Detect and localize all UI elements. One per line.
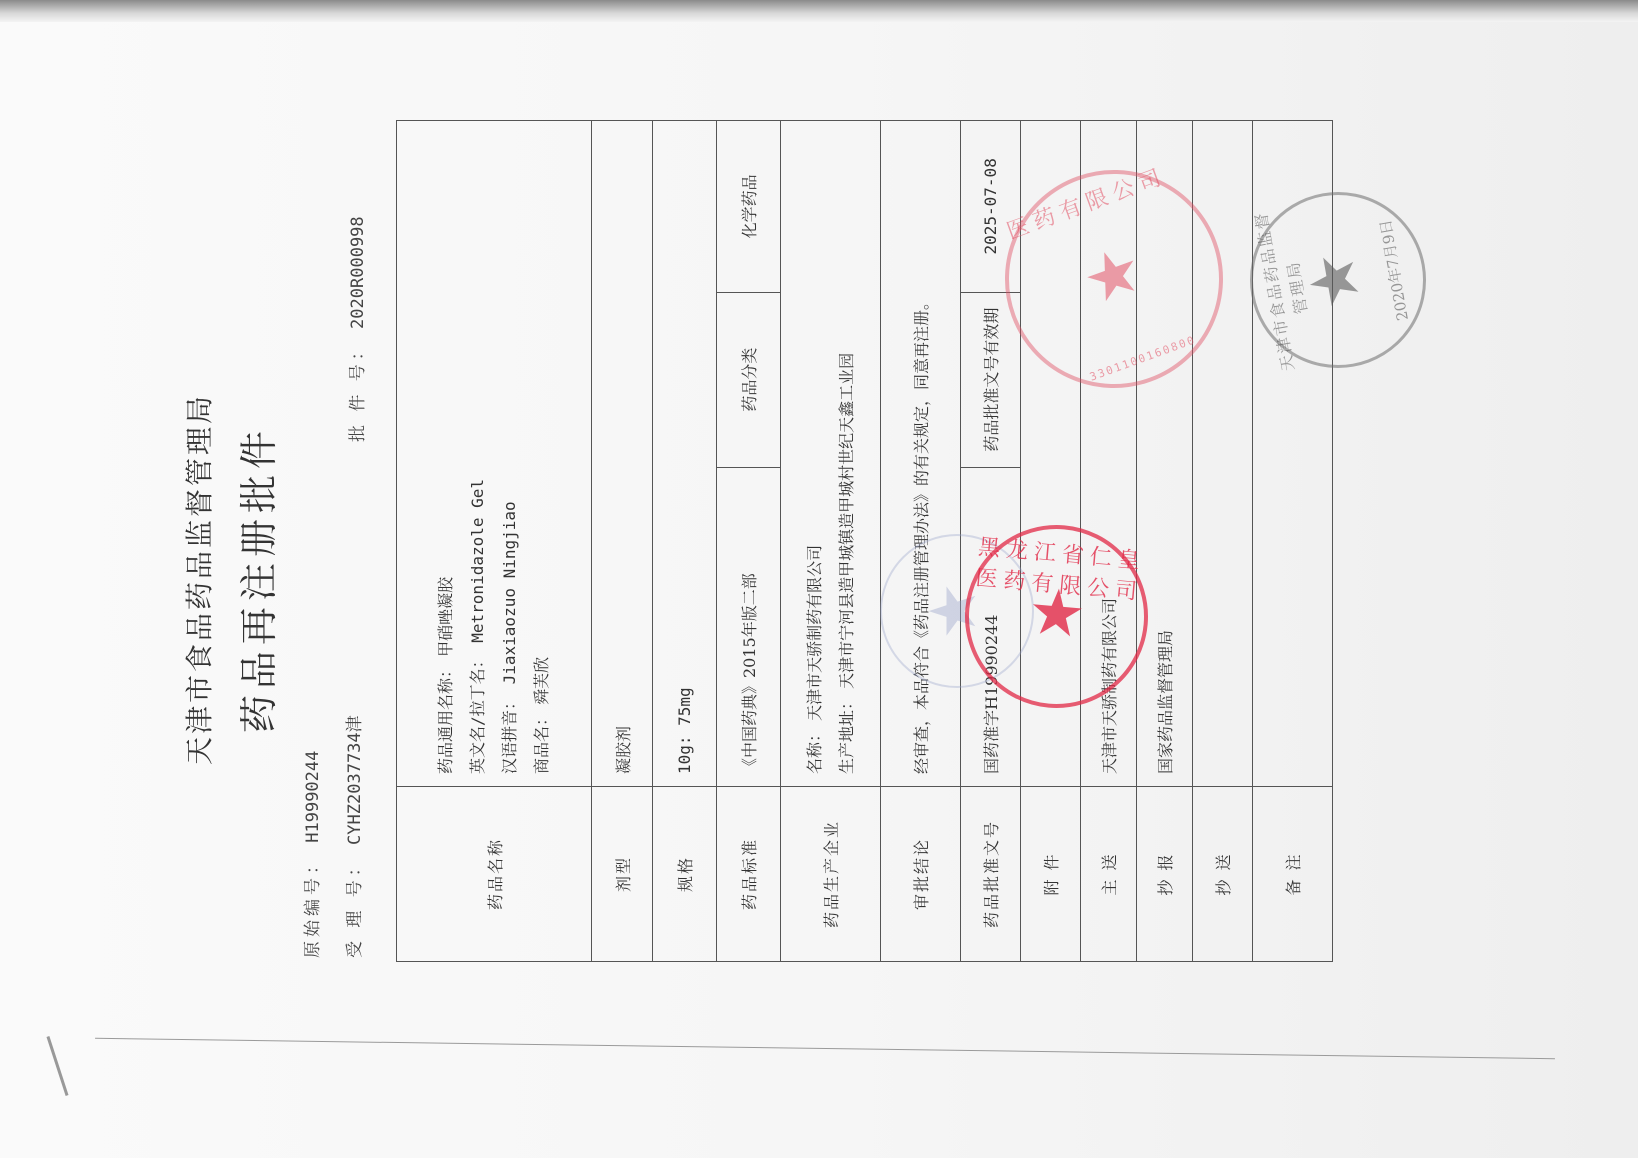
approval-table: 药品名称 药品通用名称： 甲硝唑凝胶 英文名/拉丁名： Metronidazol…: [396, 120, 1333, 962]
approval-doc-number: 批 件 号： 2020R000998: [343, 216, 368, 442]
report-to-value: 国家药品监督管理局: [1137, 121, 1193, 787]
document-title: 药品再注册批件: [228, 0, 283, 1158]
approval-number-value: 国药准字H19990244: [961, 467, 1021, 786]
remarks-label: 备 注: [1253, 787, 1333, 962]
approval-doc-number-label: 批 件 号：: [348, 339, 368, 442]
specification-label: 规格: [653, 787, 717, 962]
manufacturer-values: 名称： 天津市天骄制药有限公司 生产地址： 天津市宁河县造甲城镇造甲城村世纪天鑫…: [781, 121, 881, 787]
conclusion-label: 审批结论: [881, 787, 961, 962]
drug-category-value: 化学药品: [717, 121, 781, 293]
approval-validity-label: 药品批准文号有效期: [961, 292, 1021, 467]
generic-name: 药品通用名称： 甲硝唑凝胶: [430, 133, 462, 774]
table-row-specification: 规格 10g: 75mg: [653, 121, 717, 962]
table-row-copy-to: 抄 送: [1193, 121, 1253, 962]
specification-value: 10g: 75mg: [653, 121, 717, 787]
table-row-attachment: 附 件: [1021, 121, 1081, 962]
approval-document: 天津市食品药品监督管理局 药品再注册批件 原始编号： H19990244 受 理…: [0, 0, 1638, 1158]
original-number-value: H19990244: [303, 751, 323, 843]
manufacturer-name: 名称： 天津市天骄制药有限公司: [799, 133, 831, 774]
table-row-dosage-form: 剂型 凝胶剂: [592, 121, 653, 962]
original-number: 原始编号： H19990244: [298, 751, 323, 958]
table-row-drug-standard: 药品标准 《中国药典》2015年版二部 药品分类 化学药品: [717, 121, 781, 962]
trade-name: 商品名： 舜芙欣: [526, 133, 558, 774]
drug-category-label: 药品分类: [717, 292, 781, 467]
drug-name-values: 药品通用名称： 甲硝唑凝胶 英文名/拉丁名： Metronidazole Gel…: [397, 121, 592, 787]
drug-standard-label: 药品标准: [717, 787, 781, 962]
table-row-conclusion: 审批结论 经审查，本品符合《药品注册管理办法》的有关规定，同意再注册。: [881, 121, 961, 962]
table-row-remarks: 备 注: [1253, 121, 1333, 962]
remarks-value: [1253, 121, 1333, 787]
table-row-manufacturer: 药品生产企业 名称： 天津市天骄制药有限公司 生产地址： 天津市宁河县造甲城镇造…: [781, 121, 881, 962]
attachment-value: [1021, 121, 1081, 787]
table-row-report-to: 抄 报 国家药品监督管理局: [1137, 121, 1193, 962]
drug-name-label: 药品名称: [397, 787, 592, 962]
manufacturer-address: 生产地址： 天津市宁河县造甲城镇造甲城村世纪天鑫工业园: [831, 133, 863, 774]
main-recipient-label: 主 送: [1081, 787, 1137, 962]
acceptance-number: 受 理 号： CYHZ2037734津: [340, 715, 365, 958]
acceptance-number-label: 受 理 号：: [345, 855, 365, 958]
main-recipient-value: 天津市天骄制药有限公司: [1081, 121, 1137, 787]
copy-to-value: [1193, 121, 1253, 787]
approval-validity-value: 2025-07-08: [961, 121, 1021, 293]
conclusion-value: 经审查，本品符合《药品注册管理办法》的有关规定，同意再注册。: [881, 121, 961, 787]
table-row-approval-number: 药品批准文号 国药准字H19990244 药品批准文号有效期 2025-07-0…: [961, 121, 1021, 962]
manufacturer-label: 药品生产企业: [781, 787, 881, 962]
approval-doc-number-value: 2020R000998: [348, 216, 368, 329]
report-to-label: 抄 报: [1137, 787, 1193, 962]
pinyin-name: 汉语拼音： Jiaxiaozuo Ningjiao: [494, 133, 526, 774]
drug-standard-value: 《中国药典》2015年版二部: [717, 467, 781, 786]
dosage-form-label: 剂型: [592, 787, 653, 962]
issuing-authority: 天津市食品药品监督管理局: [178, 0, 218, 1158]
dosage-form-value: 凝胶剂: [592, 121, 653, 787]
copy-to-label: 抄 送: [1193, 787, 1253, 962]
original-number-label: 原始编号：: [303, 853, 323, 958]
seal-date: 2020年7月9日: [1369, 185, 1419, 356]
english-latin-name: 英文名/拉丁名： Metronidazole Gel: [462, 133, 494, 774]
table-row-main-recipient: 主 送 天津市天骄制药有限公司: [1081, 121, 1137, 962]
acceptance-number-value: CYHZ2037734津: [345, 715, 365, 845]
attachment-label: 附 件: [1021, 787, 1081, 962]
table-row-drug-name: 药品名称 药品通用名称： 甲硝唑凝胶 英文名/拉丁名： Metronidazol…: [397, 121, 592, 962]
approval-number-label: 药品批准文号: [961, 787, 1021, 962]
